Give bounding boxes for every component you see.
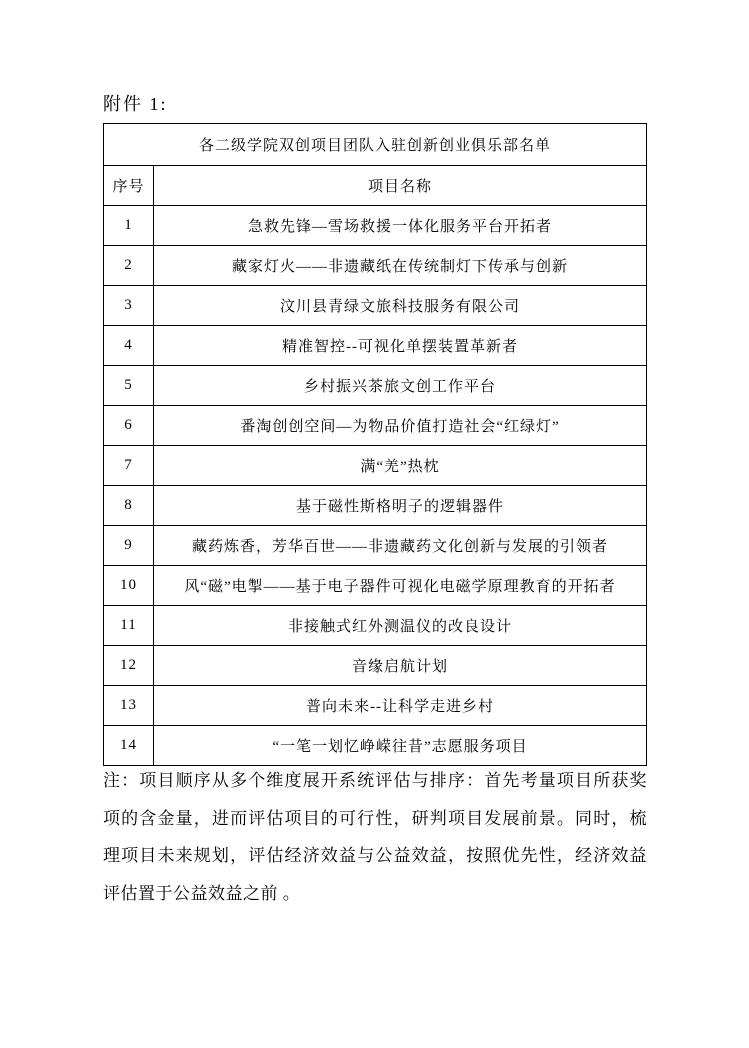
row-number-cell: 13 [104, 686, 154, 726]
note-line: 注：项目顺序从多个维度展开系统评估与排序：首先考量项目所获奖 [103, 762, 647, 800]
project-name-cell: 急救先锋—雪场救援一体化服务平台开拓者 [154, 206, 647, 246]
row-number-cell: 11 [104, 606, 154, 646]
table-title-row: 各二级学院双创项目团队入驻创新创业俱乐部名单 [104, 124, 647, 166]
row-number-cell: 12 [104, 646, 154, 686]
attachment-label: 附件 1: [103, 90, 168, 116]
project-name-cell: 藏家灯火——非遗藏纸在传统制灯下传承与创新 [154, 246, 647, 286]
table-row: 13 普向未来--让科学走进乡村 [104, 686, 647, 726]
table-row: 11 非接触式红外测温仪的改良设计 [104, 606, 647, 646]
row-number-cell: 2 [104, 246, 154, 286]
row-number-cell: 5 [104, 366, 154, 406]
row-number-cell: 3 [104, 286, 154, 326]
document-page: 附件 1: 各二级学院双创项目团队入驻创新创业俱乐部名单 序号 项目名称 1 急… [0, 0, 749, 1048]
table-row: 4 精准智控--可视化单摆装置革新者 [104, 326, 647, 366]
project-name-cell: 番淘创创空间—为物品价值打造社会“红绿灯” [154, 406, 647, 446]
row-number-cell: 1 [104, 206, 154, 246]
note-line: 理项目未来规划，评估经济效益与公益效益，按照优先性，经济效益 [103, 837, 647, 875]
table-row: 14 “一笔一划忆峥嵘往昔”志愿服务项目 [104, 726, 647, 766]
table-row: 3 汶川县青绿文旅科技服务有限公司 [104, 286, 647, 326]
table-row: 10 风“磁”电掣——基于电子器件可视化电磁学原理教育的开拓者 [104, 566, 647, 606]
table-row: 5 乡村振兴茶旅文创工作平台 [104, 366, 647, 406]
table-title: 各二级学院双创项目团队入驻创新创业俱乐部名单 [104, 124, 647, 166]
table-row: 6 番淘创创空间—为物品价值打造社会“红绿灯” [104, 406, 647, 446]
row-number-cell: 4 [104, 326, 154, 366]
project-name-cell: 乡村振兴茶旅文创工作平台 [154, 366, 647, 406]
project-name-cell: 非接触式红外测温仪的改良设计 [154, 606, 647, 646]
row-number-cell: 10 [104, 566, 154, 606]
row-number-cell: 8 [104, 486, 154, 526]
table-row: 7 满“羌”热枕 [104, 446, 647, 486]
project-name-cell: 满“羌”热枕 [154, 446, 647, 486]
project-table: 各二级学院双创项目团队入驻创新创业俱乐部名单 序号 项目名称 1 急救先锋—雪场… [103, 123, 647, 766]
row-number-cell: 14 [104, 726, 154, 766]
note-line: 评估置于公益效益之前 。 [103, 875, 647, 913]
project-name-cell: 音缘启航计划 [154, 646, 647, 686]
row-number-cell: 7 [104, 446, 154, 486]
project-name-cell: 基于磁性斯格明子的逻辑器件 [154, 486, 647, 526]
table-row: 12 音缘启航计划 [104, 646, 647, 686]
row-number-cell: 6 [104, 406, 154, 446]
project-name-cell: 汶川县青绿文旅科技服务有限公司 [154, 286, 647, 326]
column-header-no: 序号 [104, 166, 154, 206]
table-row: 1 急救先锋—雪场救援一体化服务平台开拓者 [104, 206, 647, 246]
project-name-cell: 普向未来--让科学走进乡村 [154, 686, 647, 726]
project-name-cell: “一笔一划忆峥嵘往昔”志愿服务项目 [154, 726, 647, 766]
table-row: 9 藏药炼香，芳华百世——非遗藏药文化创新与发展的引领者 [104, 526, 647, 566]
row-number-cell: 9 [104, 526, 154, 566]
table-row: 8 基于磁性斯格明子的逻辑器件 [104, 486, 647, 526]
column-header-name: 项目名称 [154, 166, 647, 206]
note-line: 项的含金量，进而评估项目的可行性，研判项目发展前景。同时，梳 [103, 800, 647, 838]
table-row: 2 藏家灯火——非遗藏纸在传统制灯下传承与创新 [104, 246, 647, 286]
note-paragraph: 注：项目顺序从多个维度展开系统评估与排序：首先考量项目所获奖 项的含金量，进而评… [103, 762, 647, 912]
table-header-row: 序号 项目名称 [104, 166, 647, 206]
project-name-cell: 风“磁”电掣——基于电子器件可视化电磁学原理教育的开拓者 [154, 566, 647, 606]
project-name-cell: 藏药炼香，芳华百世——非遗藏药文化创新与发展的引领者 [154, 526, 647, 566]
project-name-cell: 精准智控--可视化单摆装置革新者 [154, 326, 647, 366]
